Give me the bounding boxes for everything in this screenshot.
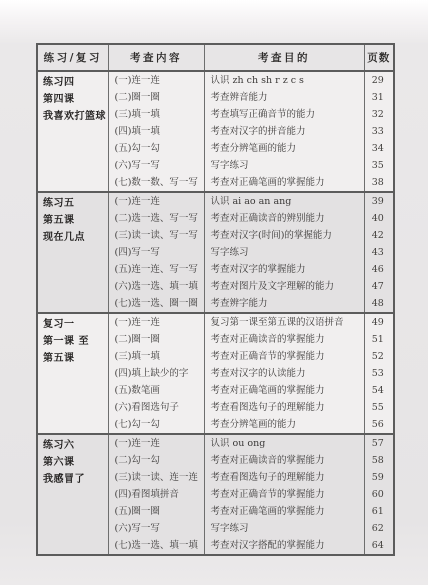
content-cell: (五)勾一勾	[108, 140, 204, 157]
page-cell: 47	[364, 278, 394, 295]
purpose-cell: 考查对正确笔画的掌握能力	[204, 503, 364, 520]
purpose-cell: 认识 ou ong	[204, 434, 364, 452]
group-label-cell: 练习四第四课我喜欢打篮球	[37, 71, 108, 192]
content-cell: (二)圈一圈	[108, 89, 204, 106]
group-label-line: 练习五	[43, 195, 106, 212]
page-cell: 52	[364, 348, 394, 365]
content-cell: (一)连一连	[108, 434, 204, 452]
content-cell: (四)看图填拼音	[108, 486, 204, 503]
page-cell: 48	[364, 295, 394, 313]
page-cell: 43	[364, 244, 394, 261]
group-label-line: 第五课	[43, 212, 106, 229]
content-cell: (五)圈一圈	[108, 503, 204, 520]
page-cell: 29	[364, 71, 394, 89]
page-cell: 61	[364, 503, 394, 520]
group-label-line: 练习六	[43, 437, 106, 454]
content-cell: (三)读一读、写一写	[108, 227, 204, 244]
page-cell: 38	[364, 174, 394, 192]
purpose-cell: 考查对汉字的掌握能力	[204, 261, 364, 278]
content-cell: (三)填一填	[108, 106, 204, 123]
page-cell: 57	[364, 434, 394, 452]
page-cell: 35	[364, 157, 394, 174]
purpose-cell: 考查对汉字的认读能力	[204, 365, 364, 382]
table-row: 复习一第一课 至第五课(一)连一连复习第一课至第五课的汉语拼音49	[37, 313, 394, 331]
header-practice-review: 练习/复习	[37, 44, 108, 71]
content-cell: (四)写一写	[108, 244, 204, 261]
content-cell: (六)写一写	[108, 157, 204, 174]
purpose-cell: 写字练习	[204, 157, 364, 174]
content-cell: (四)填上缺少的字	[108, 365, 204, 382]
group-label-line: 第一课 至	[43, 333, 106, 350]
group-label-line: 第四课	[43, 91, 106, 108]
content-cell: (七)选一选、圈一圈	[108, 295, 204, 313]
toc-table: 练习/复习 考查内容 考查目的 页数 练习四第四课我喜欢打篮球(一)连一连认识 …	[36, 43, 395, 556]
group-label-line: 第五课	[43, 350, 106, 367]
content-cell: (七)选一选、填一填	[108, 537, 204, 555]
purpose-cell: 考查对汉字搭配的掌握能力	[204, 537, 364, 555]
page-cell: 54	[364, 382, 394, 399]
table-row: 练习四第四课我喜欢打篮球(一)连一连认识 zh ch sh r z c s29	[37, 71, 394, 89]
page-cell: 62	[364, 520, 394, 537]
purpose-cell: 写字练习	[204, 244, 364, 261]
group-label-cell: 复习一第一课 至第五课	[37, 313, 108, 434]
page-cell: 40	[364, 210, 394, 227]
content-cell: (七)勾一勾	[108, 416, 204, 434]
purpose-cell: 考查对图片及文字理解的能力	[204, 278, 364, 295]
content-cell: (一)连一连	[108, 71, 204, 89]
page-cell: 33	[364, 123, 394, 140]
group-label-line: 我感冒了	[43, 471, 106, 488]
content-cell: (二)圈一圈	[108, 331, 204, 348]
purpose-cell: 考查对正确笔画的掌握能力	[204, 174, 364, 192]
page-cell: 58	[364, 452, 394, 469]
group-label-line: 现在几点	[43, 229, 106, 246]
page-cell: 46	[364, 261, 394, 278]
purpose-cell: 认识 zh ch sh r z c s	[204, 71, 364, 89]
content-cell: (一)连一连	[108, 192, 204, 210]
page-cell: 59	[364, 469, 394, 486]
content-cell: (六)看图选句子	[108, 399, 204, 416]
page-cell: 34	[364, 140, 394, 157]
purpose-cell: 考查对正确音节的掌握能力	[204, 486, 364, 503]
purpose-cell: 考查看图选句子的理解能力	[204, 469, 364, 486]
group-label-line: 复习一	[43, 316, 106, 333]
table-row: 练习五第五课现在几点(一)连一连认识 ai ao an ang39	[37, 192, 394, 210]
purpose-cell: 考查辨字能力	[204, 295, 364, 313]
scanned-page: 练习/复习 考查内容 考查目的 页数 练习四第四课我喜欢打篮球(一)连一连认识 …	[0, 0, 428, 585]
page-cell: 42	[364, 227, 394, 244]
page-cell: 49	[364, 313, 394, 331]
header-exam-content: 考查内容	[108, 44, 204, 71]
content-cell: (六)选一选、填一填	[108, 278, 204, 295]
page-cell: 39	[364, 192, 394, 210]
purpose-cell: 考查辨音能力	[204, 89, 364, 106]
group-label-line: 我喜欢打篮球	[43, 108, 106, 125]
purpose-cell: 写字练习	[204, 520, 364, 537]
purpose-cell: 考查对汉字的拼音能力	[204, 123, 364, 140]
purpose-cell: 考查对正确读音的掌握能力	[204, 331, 364, 348]
content-cell: (五)数笔画	[108, 382, 204, 399]
toc-table-header: 练习/复习 考查内容 考查目的 页数	[37, 44, 394, 71]
header-page-number: 页数	[364, 44, 394, 71]
purpose-cell: 认识 ai ao an ang	[204, 192, 364, 210]
purpose-cell: 复习第一课至第五课的汉语拼音	[204, 313, 364, 331]
toc-table-body: 练习四第四课我喜欢打篮球(一)连一连认识 zh ch sh r z c s29(…	[37, 71, 394, 555]
content-cell: (二)选一选、写一写	[108, 210, 204, 227]
page-cell: 55	[364, 399, 394, 416]
purpose-cell: 考查对正确读音的辨别能力	[204, 210, 364, 227]
page-cell: 56	[364, 416, 394, 434]
content-cell: (五)连一连、写一写	[108, 261, 204, 278]
purpose-cell: 考查对汉字(时间)的掌握能力	[204, 227, 364, 244]
purpose-cell: 考查对正确音节的掌握能力	[204, 348, 364, 365]
header-exam-purpose: 考查目的	[204, 44, 364, 71]
table-row: 练习六第六课我感冒了(一)连一连认识 ou ong57	[37, 434, 394, 452]
content-cell: (一)连一连	[108, 313, 204, 331]
content-cell: (四)填一填	[108, 123, 204, 140]
content-cell: (三)读一读、连一连	[108, 469, 204, 486]
group-label-cell: 练习五第五课现在几点	[37, 192, 108, 313]
page-cell: 60	[364, 486, 394, 503]
page-cell: 53	[364, 365, 394, 382]
purpose-cell: 考查看图选句子的理解能力	[204, 399, 364, 416]
page-cell: 51	[364, 331, 394, 348]
purpose-cell: 考查对正确读音的掌握能力	[204, 452, 364, 469]
page-cell: 32	[364, 106, 394, 123]
header-row: 练习/复习 考查内容 考查目的 页数	[37, 44, 394, 71]
group-label-cell: 练习六第六课我感冒了	[37, 434, 108, 555]
purpose-cell: 考查分辨笔画的能力	[204, 416, 364, 434]
content-cell: (二)勾一勾	[108, 452, 204, 469]
content-cell: (六)写一写	[108, 520, 204, 537]
group-label-line: 练习四	[43, 74, 106, 91]
content-cell: (三)填一填	[108, 348, 204, 365]
content-cell: (七)数一数、写一写	[108, 174, 204, 192]
group-label-line: 第六课	[43, 454, 106, 471]
page-cell: 31	[364, 89, 394, 106]
purpose-cell: 考查对正确笔画的掌握能力	[204, 382, 364, 399]
purpose-cell: 考查填写正确音节的能力	[204, 106, 364, 123]
purpose-cell: 考查分辨笔画的能力	[204, 140, 364, 157]
page-cell: 64	[364, 537, 394, 555]
